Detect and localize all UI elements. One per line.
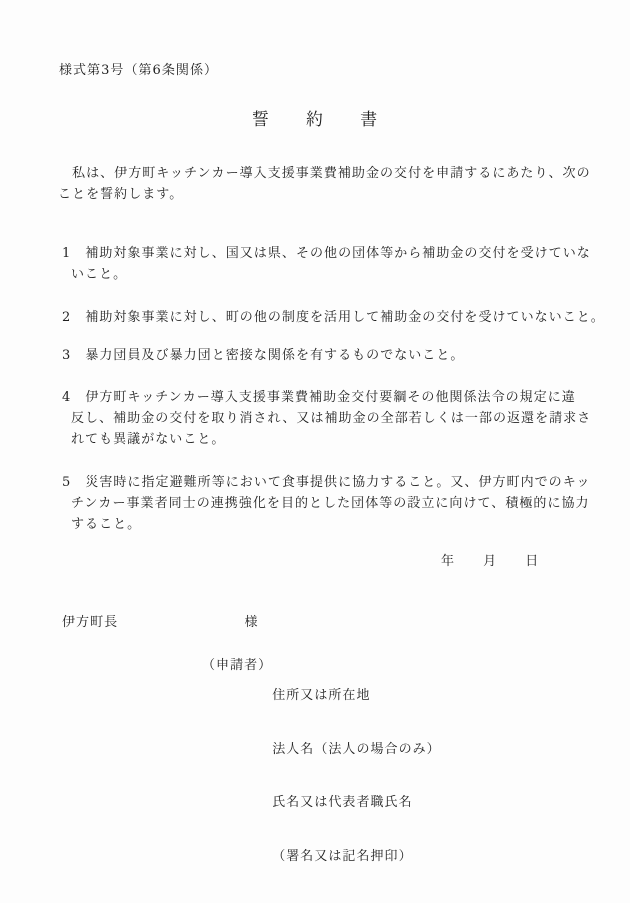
applicant-field-address: 住所又は所在地 <box>272 684 440 708</box>
pledge-item-4: 4 伊方町キッチンカー導入支援事業費補助金交付要綱その他関係法令の規定に違 反し… <box>62 387 591 450</box>
document-title: 誓 約 書 <box>0 110 630 130</box>
applicant-field-corporate-name: 法人名（法人の場合のみ） <box>272 738 440 762</box>
form-number: 様式第3号（第6条関係） <box>59 60 218 81</box>
pledge-document-page: 様式第3号（第6条関係） 誓 約 書 私は、伊方町キッチンカー導入支援事業費補助… <box>0 0 630 903</box>
intro-paragraph: 私は、伊方町キッチンカー導入支援事業費補助金の交付を申請するにあたり、次の こと… <box>58 163 591 205</box>
applicant-block: （申請者） 住所又は所在地 法人名（法人の場合のみ） 氏名又は代表者職氏名 （署… <box>202 654 441 898</box>
pledge-item-1: 1 補助対象事業に対し、国又は県、その他の団体等から補助金の交付を受けていな い… <box>62 243 591 285</box>
pledge-item-2: 2 補助対象事業に対し、町の他の制度を活用して補助金の交付を受けていないこと。 <box>62 307 605 328</box>
applicant-label: （申請者） <box>202 654 272 678</box>
applicant-fields: 住所又は所在地 法人名（法人の場合のみ） 氏名又は代表者職氏名 （署名又は記名押… <box>272 654 440 898</box>
applicant-field-representative-name: 氏名又は代表者職氏名 <box>272 791 440 815</box>
pledge-item-5: 5 災害時に指定避難所等において食事提供に協力すること。又、伊方町内でのキッ チ… <box>62 472 591 535</box>
applicant-field-signature-note: （署名又は記名押印） <box>272 845 440 869</box>
addressee-line: 伊方町長 様 <box>62 612 259 633</box>
pledge-item-3: 3 暴力団員及び暴力団と密接な関係を有するものでないこと。 <box>62 345 464 366</box>
date-line: 年 月 日 <box>441 551 539 572</box>
